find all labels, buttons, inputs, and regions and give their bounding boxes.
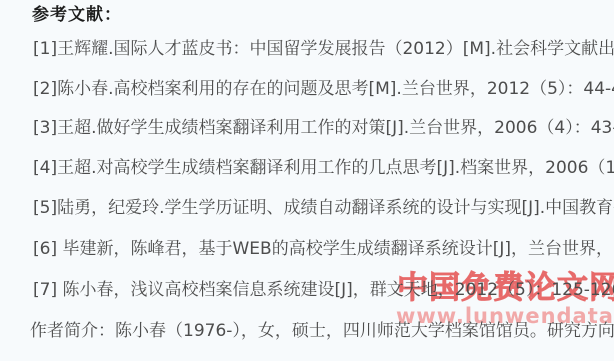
- reference-item-5: [5]陆勇，纪爱玲.学生学历证明、成绩自动翻译系统的设计与实现[J].中国教育信…: [33, 199, 614, 218]
- reference-item-4: [4]王超.对高校学生成绩档案翻译利用工作的几点思考[J].档案世界，2006（…: [33, 159, 614, 178]
- reference-item-3: [3]王超.做好学生成绩档案翻译利用工作的对策[J].兰台世界，2006（4）：…: [33, 119, 614, 138]
- author-bio-note: 作者简介：陈小春（1976-），女，硕士，四川师范大学档案馆馆员。研究方向：档: [30, 322, 614, 341]
- reference-item-2: [2]陈小春.高校档案利用的存在的问题及思考[M].兰台世界，2012（5）：4…: [33, 80, 614, 99]
- references-heading: 参考文献：: [32, 6, 122, 25]
- reference-item-1: [1]王辉耀.国际人才蓝皮书：中国留学发展报告（2012）[M].社会科学文献出…: [33, 40, 614, 59]
- document-page: 参考文献： [1]王辉耀.国际人才蓝皮书：中国留学发展报告（2012）[M].社…: [0, 0, 614, 361]
- reference-item-6: [6] 毕建新，陈峰君，基于WEB的高校学生成绩翻译系统设计[J]，兰台世界，2…: [33, 240, 614, 259]
- reference-item-7: [7] 陈小春，浅议高校档案信息系统建设[J]，群文天地，2012（5）：125…: [33, 281, 614, 300]
